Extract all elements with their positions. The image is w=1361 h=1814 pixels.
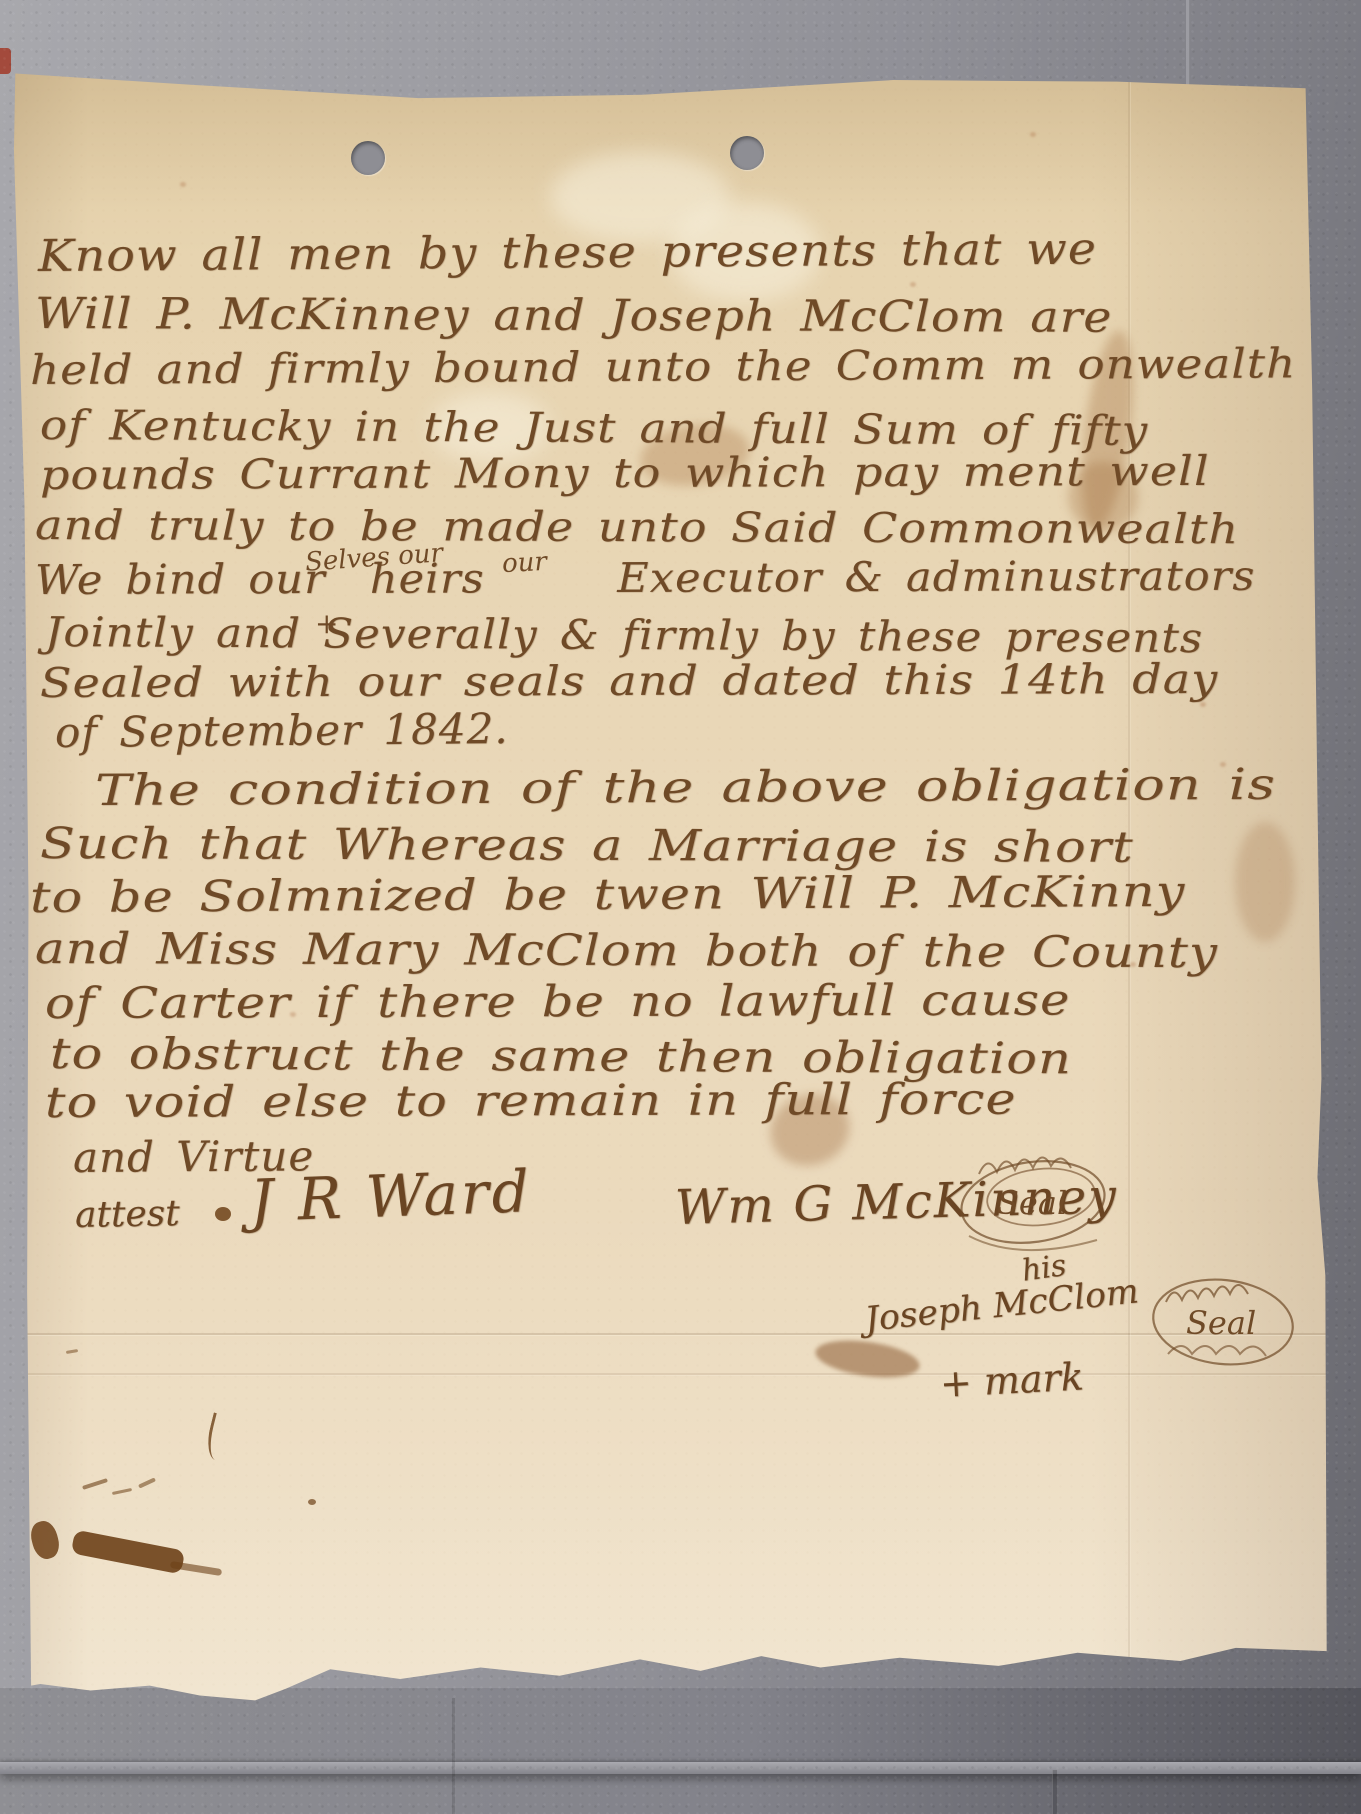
handwritten-line: and Miss Mary McClom both of the County	[35, 928, 1218, 975]
interlinear-insertion: our	[501, 547, 547, 579]
handwritten-line: held and firmly bound unto the Comm m on…	[30, 343, 1296, 391]
handwritten-line: Such that Whereas a Marriage is short	[40, 823, 1134, 870]
punch-hole	[730, 136, 764, 170]
handwritten-line: pounds Currant Mony to which pay ment we…	[40, 451, 1210, 496]
handwritten-line: to be Solmnized be twen Will P. McKinny	[30, 871, 1186, 920]
red-edge-mark	[0, 48, 11, 74]
bondsman-signature: Joseph McClom	[863, 1271, 1141, 1340]
handwritten-line: The condition of the above obligation is	[95, 764, 1276, 813]
handwritten-line: We bind our heirs Executor & adminustrat…	[35, 556, 1256, 601]
handwritten-line: Jointly and Severally & firmly by these …	[45, 612, 1203, 659]
bondsman-mark-label: + mark	[939, 1355, 1085, 1406]
document-paper: Know all men by these presents that we W…	[10, 62, 1328, 1702]
paper-speck	[910, 282, 916, 287]
witness-signature: J R Ward	[249, 1157, 533, 1235]
handwritten-line: and truly to be made unto Said Commonwea…	[35, 505, 1239, 550]
ink-blot	[66, 1349, 78, 1354]
handwritten-line: Will P. McKinney and Joseph McClom are	[35, 293, 1113, 340]
wall-groove-line	[0, 1762, 1361, 1774]
insertion-caret: +	[315, 607, 338, 640]
wall-seam	[1052, 1770, 1057, 1814]
ink-blot	[28, 1518, 63, 1561]
punch-hole	[351, 141, 385, 175]
paper-speck	[1030, 132, 1036, 137]
ink-blot	[112, 1488, 132, 1495]
ink-blot	[215, 1207, 231, 1221]
handwritten-line: of September 1842.	[55, 708, 509, 754]
fold-crease	[10, 1373, 1328, 1375]
ink-smudge	[813, 1335, 922, 1383]
handwritten-line: Know all men by these presents that we	[38, 228, 1097, 279]
handwritten-line: to void else to remain in full force	[45, 1079, 1017, 1125]
wall-seam	[1186, 0, 1190, 94]
ink-stroke	[203, 1412, 233, 1461]
wall-seam	[452, 1698, 455, 1814]
attest-label: attest	[75, 1193, 180, 1236]
handwritten-line: of Carter if there be no lawfull cause	[45, 979, 1071, 1026]
ink-blot	[138, 1477, 156, 1488]
wall-bottom-band	[0, 1688, 1361, 1814]
water-stain	[1235, 822, 1295, 942]
handwritten-line: of Kentucky in the Just and full Sum of …	[40, 405, 1148, 452]
ink-blot	[170, 1561, 222, 1576]
photo-backdrop: Know all men by these presents that we W…	[0, 0, 1361, 1814]
seal-word: Seal	[1186, 1304, 1256, 1342]
seal-flourish: Seal	[945, 1140, 1120, 1265]
seal-word: Seal	[997, 1184, 1067, 1222]
seal-flourish: Seal	[1138, 1262, 1313, 1387]
ink-blot	[82, 1478, 108, 1490]
ink-blot	[71, 1530, 186, 1575]
handwritten-line: Sealed with our seals and dated this 14t…	[40, 659, 1218, 704]
ink-blot	[308, 1499, 316, 1505]
paper-speck	[180, 182, 186, 187]
fold-crease	[10, 1333, 1328, 1335]
